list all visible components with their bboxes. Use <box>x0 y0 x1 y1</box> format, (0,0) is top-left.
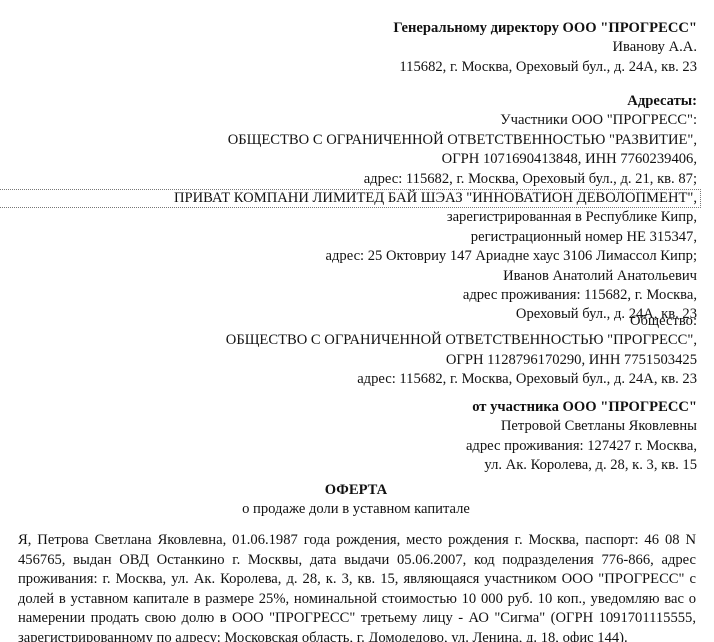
sender-heading: от участника ООО "ПРОГРЕСС" <box>466 398 697 417</box>
participant1-address: адрес: 115682, г. Москва, Ореховый бул.,… <box>0 170 697 189</box>
document-title-block: ОФЕРТА о продаже доли в уставном капитал… <box>240 481 472 520</box>
document-title: ОФЕРТА <box>240 481 472 500</box>
participant3-name: Иванов Анатолий Анатольевич <box>0 267 697 286</box>
participant2-reg-number: регистрационный номер HE 315347, <box>0 228 697 247</box>
participant1-ids: ОГРН 1071690413848, ИНН 7760239406, <box>0 150 697 169</box>
sender-address-line1: адрес проживания: 127427 г. Москва, <box>466 437 697 456</box>
addressee-address: 115682, г. Москва, Ореховый бул., д. 24А… <box>393 58 697 77</box>
addressee-name: Иванову А.А. <box>393 38 697 57</box>
participant3-address-line1: адрес проживания: 115682, г. Москва, <box>0 286 697 305</box>
sender-address-line2: ул. Ак. Королева, д. 28, к. 3, кв. 15 <box>466 456 697 475</box>
document-subtitle: о продаже доли в уставном капитале <box>240 500 472 519</box>
document-body: Я, Петрова Светлана Яковлевна, 01.06.198… <box>18 531 696 642</box>
participant2-name-selected[interactable]: ПРИВАТ КОМПАНИ ЛИМИТЕД БАЙ ШЭАЗ "ИННОВАТ… <box>0 189 701 208</box>
participant2-registered: зарегистрированная в Республике Кипр, <box>0 208 697 227</box>
participants-label: Участники ООО "ПРОГРЕСС": <box>0 111 697 130</box>
addressee-block: Генеральному директору ООО "ПРОГРЕСС" Ив… <box>393 19 697 77</box>
participant2-address: адрес: 25 Октовриу 147 Ариадне хаус 3106… <box>0 247 697 266</box>
company-block: Общество: ОБЩЕСТВО С ОГРАНИЧЕННОЙ ОТВЕТС… <box>226 312 697 390</box>
recipients-block: Адресаты: Участники ООО "ПРОГРЕСС": ОБЩЕ… <box>0 92 697 325</box>
company-label: Общество: <box>226 312 697 331</box>
participant1-name: ОБЩЕСТВО С ОГРАНИЧЕННОЙ ОТВЕТСТВЕННОСТЬЮ… <box>0 131 697 150</box>
recipients-heading: Адресаты: <box>0 92 697 111</box>
company-ids: ОГРН 1128796170290, ИНН 7751503425 <box>226 351 697 370</box>
company-name: ОБЩЕСТВО С ОГРАНИЧЕННОЙ ОТВЕТСТВЕННОСТЬЮ… <box>226 331 697 350</box>
addressee-title: Генеральному директору ООО "ПРОГРЕСС" <box>393 19 697 38</box>
sender-name: Петровой Светланы Яковлевны <box>466 417 697 436</box>
sender-block: от участника ООО "ПРОГРЕСС" Петровой Све… <box>466 398 697 476</box>
company-address: адрес: 115682, г. Москва, Ореховый бул.,… <box>226 370 697 389</box>
